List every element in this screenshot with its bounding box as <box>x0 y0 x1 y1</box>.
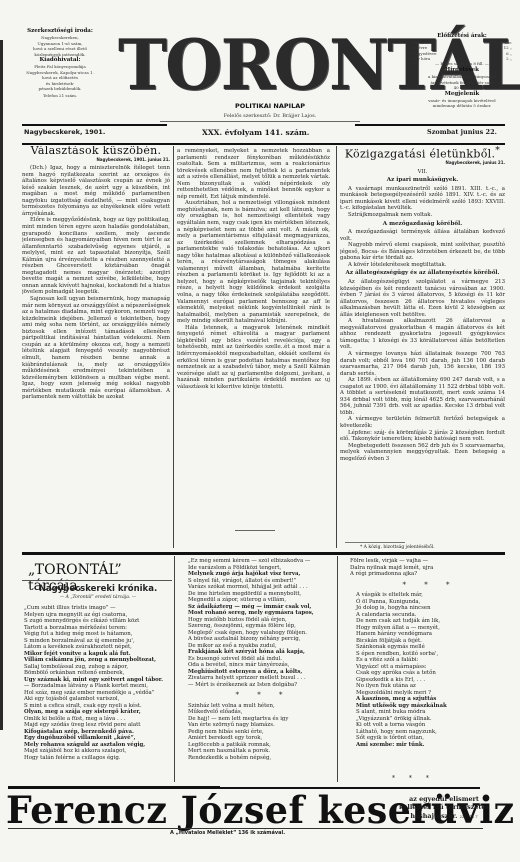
info-line: mindennap délután 5 órakor. <box>412 103 512 108</box>
paper-type: POLITIKAI NAPILAP <box>130 102 410 110</box>
article-dateline: Nagybecskerek, junius 21. <box>340 160 505 167</box>
article-paragraph: A vármegye lovanya házi állatainak össze… <box>340 351 505 377</box>
article-paragraph: A mezőgazdasági termények állása általáb… <box>340 229 505 242</box>
single-issue-price: — Egyes szám ára 8 fill. — <box>412 61 512 66</box>
article-paragraph: A hivatalosan alkalmazott 26 állatorvosi… <box>340 318 505 351</box>
part-number: VII. <box>340 169 505 176</box>
article-paragraph: (Dch.) Igaz, hogy a miniszterelnök ítéle… <box>22 165 170 217</box>
appears-heading: Megjelenik <box>412 92 512 97</box>
section-rule <box>22 552 505 555</box>
poem-column-2: „Ez még semmi kérem — szól elbizakodva —… <box>188 558 338 780</box>
newspaper-logo: TORONTÁL <box>118 28 408 102</box>
ad-code: 224—11 7 <box>460 815 478 819</box>
poem-column-1: Nagybecskereki krónika. — A „Torontál” e… <box>24 582 172 782</box>
article-paragraph: Az 1899. évben az állatállomány 690 247 … <box>340 377 505 416</box>
column-divider <box>336 146 337 548</box>
poem-title: Nagybecskereki krónika. <box>24 586 172 593</box>
article-paragraph: Nagyobb mérvű elemi csapások, mint szélv… <box>340 242 505 262</box>
page-edge <box>0 40 3 730</box>
subscription-heading: Előfizetési árak: <box>412 34 512 39</box>
article-title: Választások küszöbén. <box>22 148 170 155</box>
poem-line: A régi primadonna ajka? <box>350 571 510 578</box>
publisher-heading: Kiadóhivatal: <box>14 58 106 63</box>
article-paragraph: Sztrájkmozgalmak nem voltak. <box>340 212 505 219</box>
poem-line: Ami szembe: mir tűnk. <box>350 742 510 749</box>
article-paragraph: a reményeket, melyeket a nemzetek hozzáb… <box>177 148 330 200</box>
section-stars: * * * <box>188 692 338 699</box>
info-line: 40 fillér. <box>412 85 512 90</box>
editorial-office-heading: Szerkesztőségi iroda: <box>14 29 106 34</box>
poem-line: Rendezkedik a bohém népség, <box>188 755 338 762</box>
article-title: Közigazgatási életünkből.* <box>340 148 505 158</box>
dateline-bar: Nagybecskerek, 1901. XXX. évfolyam 141. … <box>22 128 502 140</box>
article-paragraph: A kövér lótelekrétesek megtiltattak. <box>340 262 505 269</box>
poem-line: Villám csikámra jön, zeng a mennyboltoza… <box>24 657 172 664</box>
tagline-line: hashajtószer. 224—11 7 <box>374 812 514 821</box>
masthead-rule-right <box>355 124 505 126</box>
ads-heading: Hirdetések <box>412 68 512 73</box>
phone-line: Telefon 21 szám. <box>14 93 106 98</box>
article-paragraph: Előre is meggyőződésünk, hogy az ügy pol… <box>22 217 170 296</box>
article-paragraph: Ausztriában, hol a nemzetiségi villongás… <box>177 200 330 324</box>
article-elections: Választások küszöbén. Nagybecskerek, 190… <box>22 146 170 548</box>
section-heading: Az állategészségügy és az állatenyésztés… <box>340 270 505 277</box>
article-paragraph: Lépfene: száj- és körömfájás 2 járás 2 k… <box>340 430 505 443</box>
dateline-rule <box>22 143 505 145</box>
masthead-rule-center <box>160 121 360 122</box>
dateline-day: Szombat junius 22. <box>427 128 497 136</box>
column-divider <box>337 556 338 782</box>
footnote: * A közig. bizottság jelentéséből. <box>360 545 435 550</box>
dateline-issue: XXX. évfolyam 141. szám. <box>202 128 309 137</box>
banner-rule <box>22 580 172 581</box>
section-stars: * * * <box>350 582 510 589</box>
article-paragraph: A vasárnapi munkaszünetről szóló 1891. X… <box>340 186 505 212</box>
newspaper-page: Szerkesztőségi iroda: Nagybecskereken, U… <box>0 0 520 862</box>
article-paragraph: Megbetegedett összesen 562 drb juh és 5 … <box>340 443 505 463</box>
poem-column-3: Fölre lesik, virják — vajha — Dalra nyil… <box>350 558 510 780</box>
masthead-right-info: Előfizetési árak: Egész évre24 kor. Félé… <box>412 32 512 109</box>
article-paragraph: Az állategészségügyi szolgálatot a várme… <box>340 279 505 318</box>
ad-tagline: az egyedül elismert kellemes izű termész… <box>374 795 514 821</box>
article-paragraph: A vármegye területén felmerült fertőző b… <box>340 416 505 429</box>
tagline-line: kellemes izű természetes <box>374 803 514 811</box>
end-stars: * * * <box>392 775 435 782</box>
info-line: pénzek beküldendők. <box>14 86 106 91</box>
supplement-note: A „Hivatalos Melléklet” 136 ik számával. <box>170 830 420 836</box>
article-paragraph: Hála Istennek, a magyarok Istenének mind… <box>177 325 330 390</box>
article-dateline: Nagybecskerek, 1901. junius 21. <box>22 157 170 164</box>
masthead-subtitle: POLITIKAI NAPILAP Felelős szerkesztő: Dr… <box>130 102 410 119</box>
poem-subtitle: — A „Torontál” eredeti tárcája. — <box>24 595 172 602</box>
article-end-rule <box>235 530 275 531</box>
column-divider <box>173 146 174 548</box>
article-paragraph: Sajnosan kell ugyan beismernünk, hogy ma… <box>22 296 170 401</box>
ad-rule-bottom <box>8 828 483 829</box>
poem-line: Hogy talán felérne a csillagos égig. <box>24 755 172 762</box>
dateline-place: Nagybecskerek, 1901. <box>24 128 105 136</box>
article-elections-continued: a reményeket, melyeket a nemzetek hozzáb… <box>177 148 330 520</box>
poem-line: — Mért is érzékeznek az Isten dolgába? <box>188 682 338 689</box>
footnote-rule <box>345 542 405 543</box>
masthead-left-info: Szerkesztőségi iroda: Nagybecskereken, U… <box>14 28 106 99</box>
column-divider <box>174 556 175 782</box>
section-heading: A mezőgazdaság köréből. <box>340 221 505 228</box>
section-heading: Az ipari munkásügyek. <box>340 177 505 184</box>
editor-line: Felelős szerkesztő: Dr. Brájjer Lajos. <box>130 113 410 119</box>
article-administration: Közigazgatási életünkből.* Nagybecskerek… <box>340 146 505 548</box>
masthead-rule-left <box>22 124 167 126</box>
